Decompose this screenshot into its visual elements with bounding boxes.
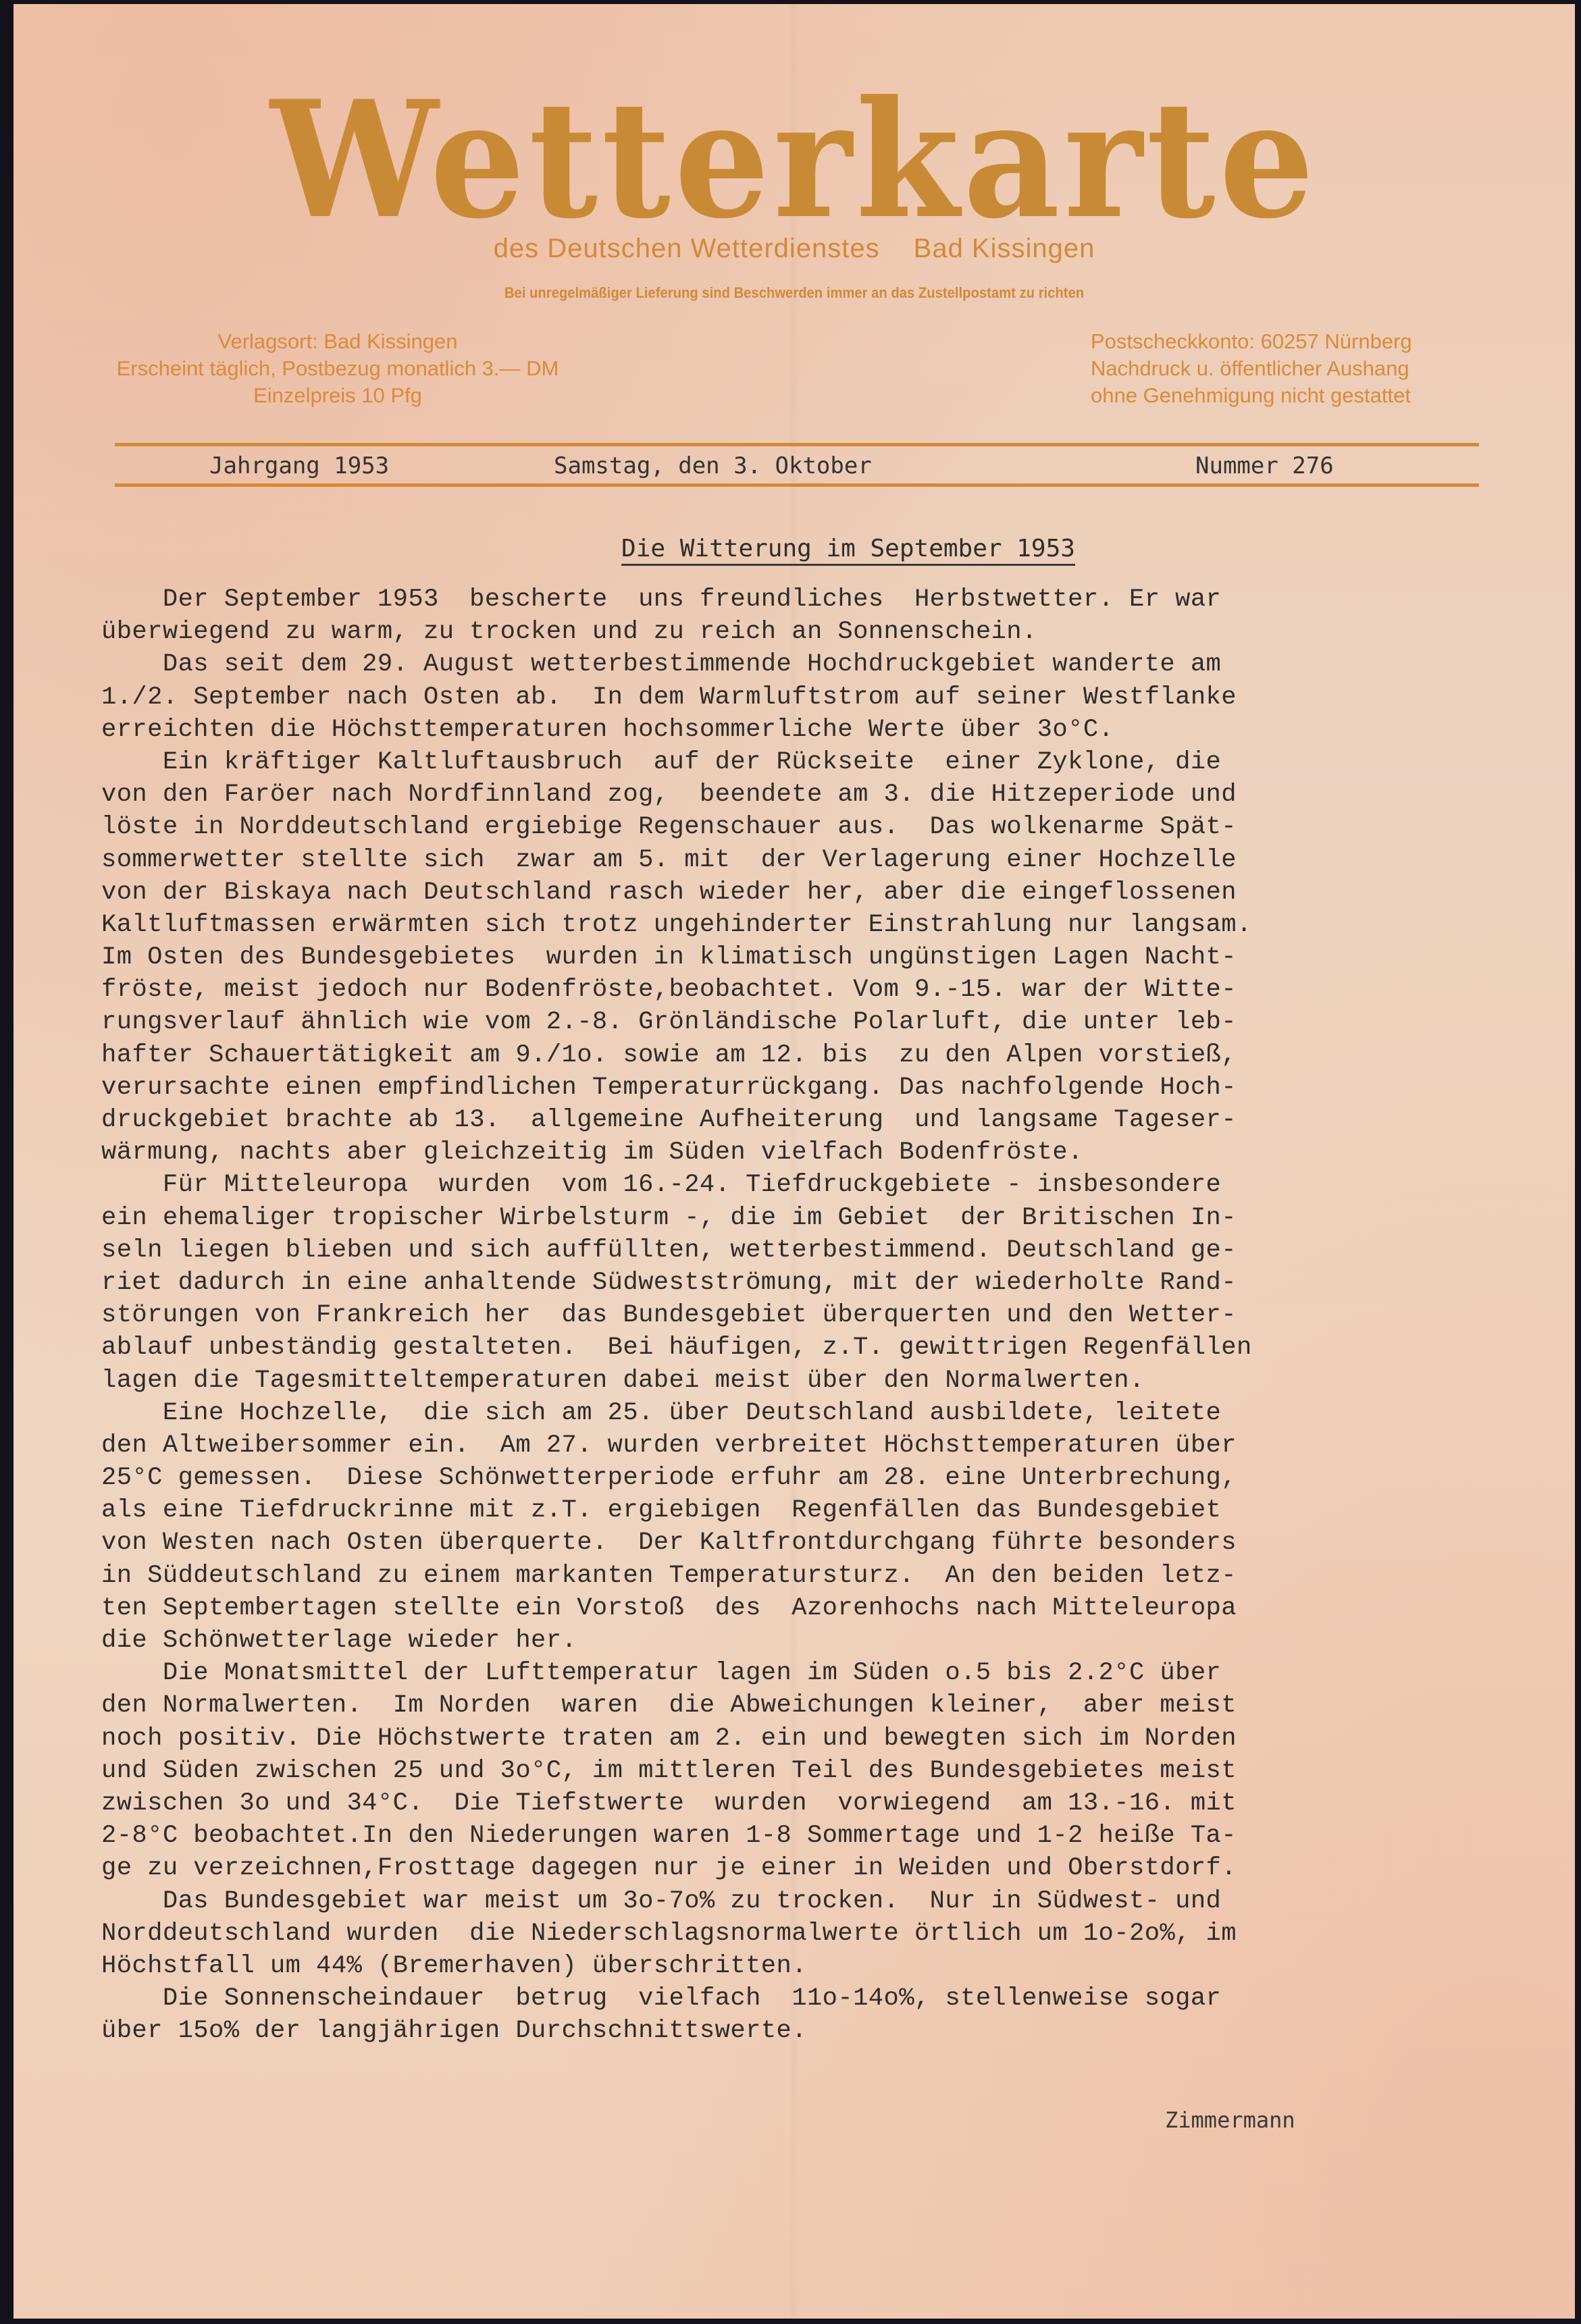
article-line: Die Monatsmittel der Lufttemperatur lage… — [101, 1657, 1493, 1689]
article-line: überwiegend zu warm, zu trocken und zu r… — [101, 616, 1493, 648]
article-line: ablauf unbeständig gestalteten. Bei häuf… — [101, 1331, 1493, 1364]
article-line: über 15o% der langjährigen Durchschnitts… — [101, 2015, 1493, 2047]
article-line: hafter Schauertätigkeit am 9./1o. sowie … — [101, 1039, 1493, 1072]
article-line: und Süden zwischen 25 und 3o°C, im mittl… — [101, 1755, 1493, 1787]
article-line: ein ehemaliger tropischer Wirbelsturm -,… — [101, 1202, 1493, 1234]
postal-account: Postscheckkonto: 60257 Nürnberg — [1091, 328, 1489, 355]
article-line: noch positiv. Die Höchstwerte traten am … — [101, 1722, 1493, 1755]
article-line: den Altweibersommer ein. Am 27. wurden v… — [101, 1429, 1493, 1462]
article-line: ge zu verzeichnen,Frosttage dagegen nur … — [101, 1852, 1493, 1884]
reprint-notice-2: ohne Genehmigung nicht gestattet — [1091, 382, 1489, 409]
article-line: Im Osten des Bundesgebietes wurden in kl… — [101, 941, 1493, 974]
article-line: erreichten die Höchsttemperaturen hochso… — [101, 714, 1493, 746]
publisher-place: Verlagsort: Bad Kissingen — [115, 328, 561, 355]
issue-date: Samstag, den 3. Oktober — [554, 452, 872, 479]
publisher-subscription: Erscheint täglich, Postbezug monatlich 3… — [115, 355, 561, 382]
article-line: verursachte einen empfindlichen Temperat… — [101, 1072, 1493, 1104]
delivery-notice: Bei unregelmäßiger Lieferung sind Beschw… — [76, 284, 1512, 302]
article-line: Eine Hochzelle, die sich am 25. über Deu… — [101, 1397, 1493, 1429]
article-line: wärmung, nachts aber gleichzeitig im Süd… — [101, 1136, 1493, 1169]
article-line: die Schönwetterlage wieder her. — [101, 1625, 1493, 1657]
article-body: Der September 1953 bescherte uns freundl… — [101, 583, 1493, 2047]
article-line: von der Biskaya nach Deutschland rasch w… — [101, 876, 1493, 909]
article-line: Höchstfall um 44% (Bremerhaven) überschr… — [101, 1950, 1493, 1982]
publisher-info-left: Verlagsort: Bad Kissingen Erscheint tägl… — [115, 328, 561, 409]
article-line: ten Septembertagen stellte ein Vorstoß d… — [101, 1592, 1493, 1625]
article-line: in Süddeutschland zu einem markanten Tem… — [101, 1560, 1493, 1592]
article-line: Ein kräftiger Kaltluftausbruch auf der R… — [101, 746, 1493, 778]
subtitle-location: Bad Kissingen — [914, 234, 1095, 263]
article-line: störungen von Frankreich her das Bundesg… — [101, 1299, 1493, 1331]
article-line: lagen die Tagesmitteltemperaturen dabei … — [101, 1365, 1493, 1397]
article-line: den Normalwerten. Im Norden waren die Ab… — [101, 1689, 1493, 1722]
article-line: zwischen 3o und 34°C. Die Tiefstwerte wu… — [101, 1787, 1493, 1820]
article-line: Norddeutschland wurden die Niederschlags… — [101, 1918, 1493, 1950]
article-line: riet dadurch in eine anhaltende Südwests… — [101, 1267, 1493, 1299]
newspaper-page: Wetterkarte des Deutschen Wetterdienstes… — [14, 4, 1575, 2319]
article-heading: Die Witterung im September 1953 — [14, 535, 1575, 562]
article-line: rungsverlauf ähnlich wie vom 2.-8. Grönl… — [101, 1006, 1493, 1038]
article-line: Für Mitteleuropa wurden vom 16.-24. Tief… — [101, 1169, 1493, 1201]
article-line: von den Faröer nach Nordfinnland zog, be… — [101, 778, 1493, 811]
masthead-divider-bottom — [115, 483, 1479, 487]
publisher-info-right: Postscheckkonto: 60257 Nürnberg Nachdruc… — [1091, 328, 1489, 409]
masthead-divider-top — [115, 443, 1479, 446]
reprint-notice-1: Nachdruck u. öffentlicher Aushang — [1091, 355, 1489, 382]
article-line: druckgebiet brachte ab 13. allgemeine Au… — [101, 1104, 1493, 1136]
article-line: Der September 1953 bescherte uns freundl… — [101, 583, 1493, 616]
article-line: als eine Tiefdruckrinne mit z.T. ergiebi… — [101, 1494, 1493, 1527]
article-line: Das seit dem 29. August wetterbestimmend… — [101, 648, 1493, 681]
issue-number: Nummer 276 — [1195, 452, 1334, 479]
article-line: Das Bundesgebiet war meist um 3o-7o% zu … — [101, 1885, 1493, 1918]
article-heading-text: Die Witterung im September 1953 — [621, 535, 1075, 566]
masthead-subtitle: des Deutschen WetterdienstesBad Kissinge… — [14, 234, 1575, 264]
article-line: 2-8°C beobachtet.In den Niederungen ware… — [101, 1820, 1493, 1852]
article-line: Kaltluftmassen erwärmten sich trotz unge… — [101, 909, 1493, 941]
article-line: 1./2. September nach Osten ab. In dem Wa… — [101, 681, 1493, 714]
article-line: Die Sonnenscheindauer betrug vielfach 11… — [101, 1982, 1493, 2015]
article-line: von Westen nach Osten überquerte. Der Ka… — [101, 1527, 1493, 1559]
article-line: sommerwetter stellte sich zwar am 5. mit… — [101, 844, 1493, 876]
article-line: 25°C gemessen. Diese Schönwetterperiode … — [101, 1462, 1493, 1494]
issue-year: Jahrgang 1953 — [209, 452, 389, 479]
publisher-single-price: Einzelpreis 10 Pfg — [115, 382, 561, 409]
subtitle-publisher: des Deutschen Wetterdienstes — [494, 234, 880, 263]
masthead-title: Wetterkarte — [68, 80, 1520, 242]
author-signature: Zimmermann — [1165, 2107, 1295, 2133]
article-line: löste in Norddeutschland ergiebige Regen… — [101, 811, 1493, 843]
issue-info-bar: Jahrgang 1953 Samstag, den 3. Oktober Nu… — [14, 451, 1575, 481]
article-line: seln liegen blieben und sich auffüllten,… — [101, 1234, 1493, 1267]
article-line: fröste, meist jedoch nur Bodenfröste,beo… — [101, 974, 1493, 1006]
